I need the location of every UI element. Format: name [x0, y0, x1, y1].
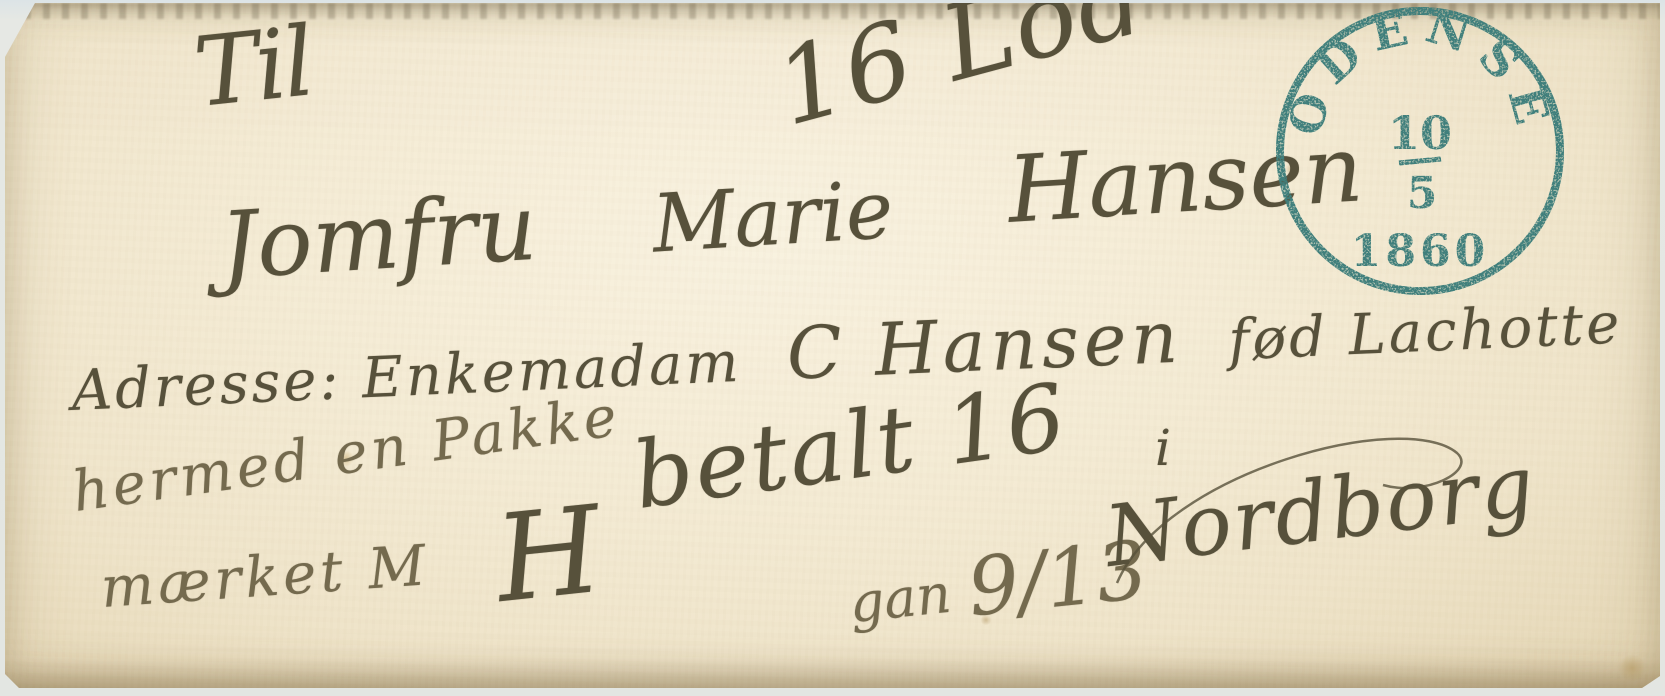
odense-datestamp: ODENSE 10 5 1860 — [1253, 3, 1587, 303]
address-suffix: fød Lachotte — [1227, 296, 1623, 369]
rate-word: gan — [847, 567, 954, 631]
handwritten-destination-preposition: i — [1155, 423, 1171, 473]
envelope-paper: Til 16 Lod Jomfru Marie Hansen Adresse: … — [5, 3, 1660, 688]
handwritten-monogram: H — [490, 491, 607, 621]
handwritten-to-flourish: Til — [190, 13, 316, 121]
addressee-title: Jomfru — [217, 182, 539, 293]
postmark-month: 5 — [1407, 168, 1438, 219]
handwritten-weight-note: 16 Lod — [766, 0, 1156, 141]
address-prefix: Adresse: Enkemadam — [71, 335, 743, 420]
addressee-first-name: Marie — [650, 170, 896, 277]
postmark-year: 1860 — [1351, 226, 1489, 277]
handwritten-rate-note: gan 9/13 — [845, 524, 1151, 635]
handwritten-addressee-line: Jomfru Marie Hansen — [217, 131, 1365, 293]
postmark-day: 10 — [1388, 106, 1452, 160]
bottom-fold-shadow — [5, 658, 1660, 688]
handwritten-marked-note: mærket M — [99, 538, 431, 617]
envelope-scan: Til 16 Lod Jomfru Marie Hansen Adresse: … — [0, 0, 1665, 696]
